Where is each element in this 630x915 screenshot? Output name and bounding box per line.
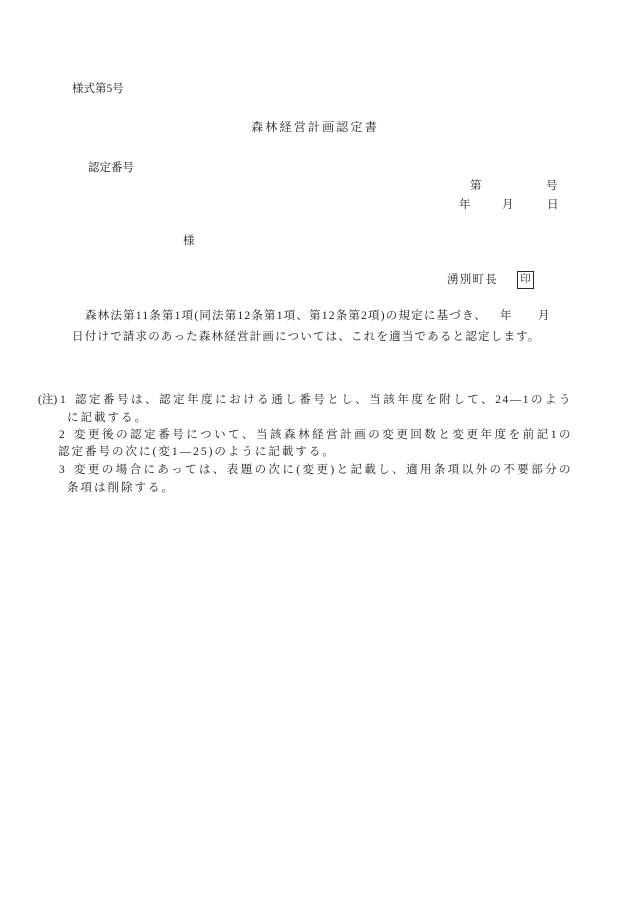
- note-2-line-2: 認定番号の次に(変1―25)のように記載する。: [58, 445, 336, 459]
- date-year-label: 年: [459, 198, 471, 212]
- certification-number-label: 認定番号: [88, 161, 134, 175]
- doc-number-suffix: 号: [546, 179, 558, 193]
- signer-title: 湧別町長: [447, 273, 498, 287]
- doc-number-prefix: 第: [470, 179, 482, 193]
- note-2-number: 2: [59, 428, 65, 442]
- addressee-honorific: 様: [183, 234, 195, 248]
- note-2-line-1: 変更後の認定番号について、当該森林経営計画の変更回数と変更年度を前記1の: [74, 428, 572, 442]
- note-1-line-2: に記載する。: [67, 411, 148, 425]
- page-title: 森林経営計画認定書: [0, 120, 630, 135]
- body-line1: 森林法第11条第1項(同法第12条第1項、第12条第2項)の規定に基づき、: [85, 309, 487, 323]
- note-1-line-1: 認定番号は、認定年度における通し番号とし、当該年度を附して、24―1のよう: [75, 393, 572, 407]
- notes-label: (注): [38, 393, 57, 407]
- body-month-label: 月: [538, 309, 550, 323]
- note-3-number: 3: [59, 463, 65, 477]
- document-page: 様式第5号 森林経営計画認定書 認定番号 第 号 年 月 日 様 湧別町長 印 …: [0, 0, 630, 915]
- body-year-label: 年: [500, 309, 512, 323]
- note-3-line-2: 条項は削除する。: [67, 481, 175, 495]
- form-number: 様式第5号: [72, 82, 124, 96]
- date-day-label: 日: [547, 198, 559, 212]
- seal-mark: 印: [517, 271, 534, 289]
- note-3-line-1: 変更の場合にあっては、表題の次に(変更)と記載し、適用条項以外の不要部分の: [74, 463, 572, 477]
- body-line2: 日付けで請求のあった森林経営計画については、これを適当であると認定します。: [72, 330, 541, 344]
- date-month-label: 月: [502, 198, 514, 212]
- note-1-number: 1: [60, 393, 66, 407]
